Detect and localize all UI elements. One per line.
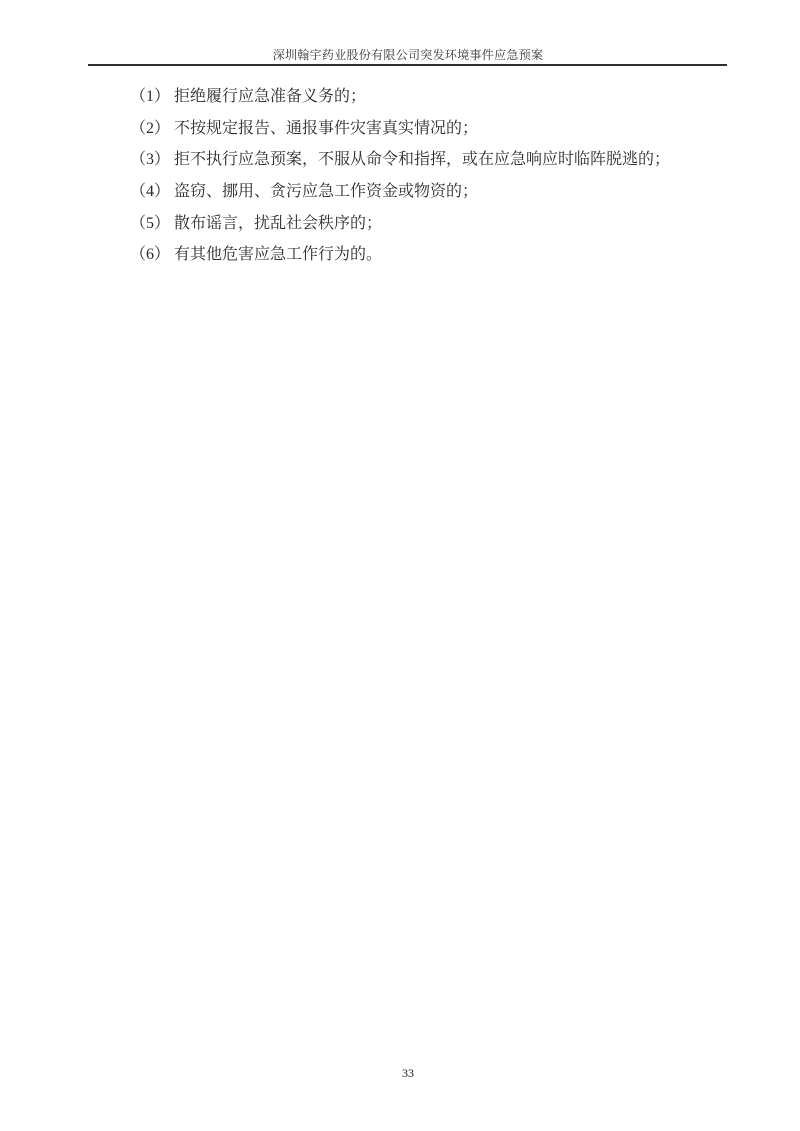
list-item: （6） 有其他危害应急工作行为的。 (130, 239, 730, 271)
list-item: （1） 拒绝履行应急准备义务的； (130, 81, 730, 113)
list-item: （2） 不按规定报告、通报事件灾害真实情况的； (130, 113, 730, 145)
page-number: 33 (8, 1066, 800, 1081)
list-item: （5） 散布谣言，扰乱社会秩序的； (130, 208, 730, 240)
list-item: （4） 盗窃、挪用、贪污应急工作资金或物资的； (130, 176, 730, 208)
page-header-title: 深圳翰宇药业股份有限公司突发环境事件应急预案 (8, 46, 800, 63)
header-divider (88, 64, 727, 66)
document-page: 深圳翰宇药业股份有限公司突发环境事件应急预案 （1） 拒绝履行应急准备义务的； … (0, 0, 800, 1131)
list-item: （3） 拒不执行应急预案，不服从命令和指挥，或在应急响应时临阵脱逃的； (130, 144, 730, 176)
body-text-block: （1） 拒绝履行应急准备义务的； （2） 不按规定报告、通报事件灾害真实情况的；… (130, 81, 730, 271)
